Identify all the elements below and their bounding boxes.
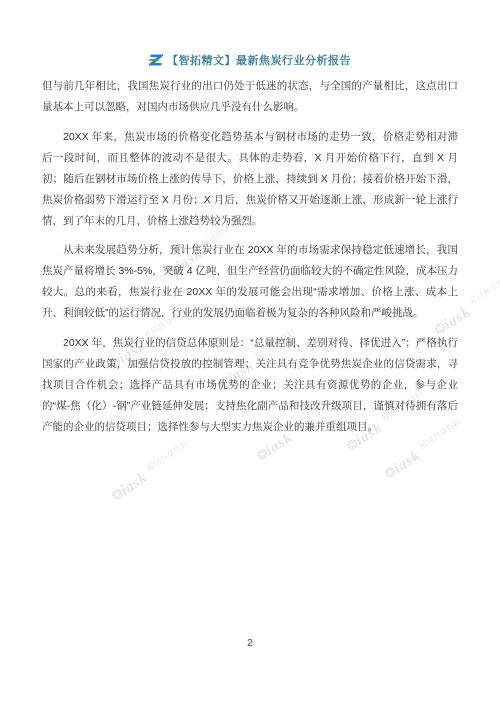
- iask-watermark-latin: iask: [118, 470, 151, 499]
- paragraph-2: 20XX 年来，焦炭市场的价格变化趋势基本与钢材市场的走势一致，价格走势相对滞后…: [42, 127, 458, 232]
- paragraph-1: 但与前几年相比，我国焦炭行业的出口仍处于低迷的状态，与全国的产量相比，这点出口量…: [42, 76, 458, 118]
- iask-logo-icon: ❂: [382, 463, 399, 482]
- iask-logo-icon: ❂: [109, 485, 126, 504]
- iask-watermark-latin: iask: [391, 448, 424, 477]
- page-number: 2: [0, 637, 500, 649]
- document-body: 但与前几年相比，我国焦炭行业的出口仍处于低迷的状态，与全国的产量相比，这点出口量…: [42, 76, 458, 446]
- iask-watermark-chinese: 爱问共享资料: [468, 273, 500, 307]
- paragraph-4: 20XX 年，焦炭行业的信贷总体原则是：“总量控制、差别对待、择优进入”；严格执…: [42, 333, 458, 438]
- document-header: 【智拓精文】最新焦炭行业分析报告: [0, 52, 500, 68]
- paragraph-3: 从未来发展趋势分析，预计焦炭行业在 20XX 年的市场需求保持稳定低速增长，我国…: [42, 240, 458, 324]
- iask-logo-icon: ❂: [254, 445, 271, 464]
- zhituo-logo-icon: [149, 54, 163, 66]
- document-title: 【智拓精文】最新焦炭行业分析报告: [167, 52, 351, 68]
- document-page: ❂iask 爱问共享资料 ❂iask 爱问共享资料 ❂iask 爱问共享资料 ❂…: [0, 0, 500, 707]
- iask-watermark: ❂iask 爱问共享资料: [107, 438, 195, 505]
